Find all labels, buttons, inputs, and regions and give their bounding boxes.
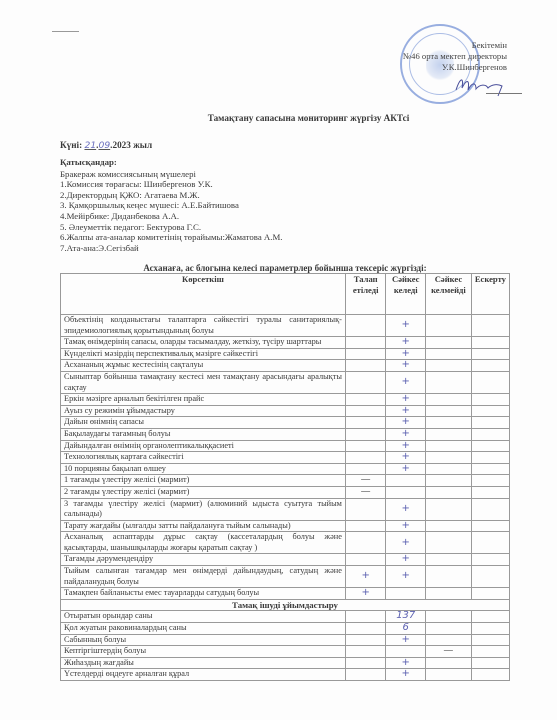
document-title-text: Тамақтану сапасына мониторинг жүргізу АК… (208, 113, 410, 123)
subsection-row: Тамақ ішуді ұйымдастыру (61, 599, 510, 611)
cell-note (471, 520, 509, 532)
table-row: Қол жуатын раковиналардың саны6 (61, 623, 510, 635)
cell-required (345, 623, 385, 635)
table-row: Кептіргіштердің болуы— (61, 646, 510, 658)
cell-not-complies (426, 463, 472, 475)
cell-note (471, 623, 509, 635)
cell-complies: + (386, 566, 426, 588)
cell-required (345, 657, 385, 669)
date-label: Күні: (60, 140, 82, 150)
header-indicator: Көрсеткіш (61, 274, 346, 315)
cell-not-complies (426, 337, 472, 349)
cell-required (345, 611, 385, 623)
cell-required (345, 440, 385, 452)
cell-complies (386, 646, 426, 658)
table-row: Еркін мәзірге арналып бекітілген прайс+ (61, 394, 510, 406)
cell-complies (386, 486, 426, 498)
signature-icon (452, 72, 512, 98)
table-caption: Асханаға, ас блогына келесі параметрлер … (60, 263, 510, 273)
cell-note (471, 532, 509, 554)
cell-indicator: Қол жуатын раковиналардың саны (61, 623, 346, 635)
cell-indicator: Бақылаудағы тағамның болуы (61, 428, 346, 440)
participants-block: Қатысқандар: Бракераж комиссиясының мүше… (60, 157, 283, 253)
cell-not-complies (426, 440, 472, 452)
cell-required: — (345, 475, 385, 487)
date-day: 21 (84, 140, 96, 151)
cell-required (345, 452, 385, 464)
table-row: Сыныптар бойынша тамақтану кестесі мен т… (61, 371, 510, 393)
header-complies: Сәйкес келеді (386, 274, 426, 315)
cell-note (471, 554, 509, 566)
table-row: Бақылаудағы тағамның болуы+ (61, 428, 510, 440)
cell-indicator: Объектінің колданыстағы талаптарға сәйке… (61, 315, 346, 337)
cell-note (471, 417, 509, 429)
cell-indicator: Еркін мәзірге арналып бекітілген прайс (61, 394, 346, 406)
cell-indicator: Ауыз су режимін ұйымдастыру (61, 405, 346, 417)
cell-complies: + (386, 440, 426, 452)
cell-not-complies (426, 394, 472, 406)
participants-list: Бракераж комиссиясының мүшелері1.Комисси… (60, 169, 283, 254)
cell-note (471, 611, 509, 623)
cell-not-complies (426, 475, 472, 487)
cell-note (471, 634, 509, 646)
participant-line: 6.Жалпы ата-аналар комитетінің төрайымы:… (60, 232, 283, 243)
cell-not-complies (426, 405, 472, 417)
cell-indicator: Тамақ өнімдерінің сапасы, оларды тасымал… (61, 337, 346, 349)
cell-required (345, 532, 385, 554)
cell-required (345, 360, 385, 372)
cell-note (471, 657, 509, 669)
cell-complies: + (386, 634, 426, 646)
cell-note (471, 371, 509, 393)
cell-complies: + (386, 463, 426, 475)
cell-not-complies (426, 566, 472, 588)
cell-not-complies (426, 623, 472, 635)
cell-note (471, 405, 509, 417)
cell-required (345, 554, 385, 566)
cell-complies: + (386, 554, 426, 566)
cell-not-complies (426, 452, 472, 464)
table-row: Тамақпен байланысты емес тауарларды сату… (61, 588, 510, 600)
table-row: 1 тағамды үлестіру желісі (мармит)— (61, 475, 510, 487)
cell-complies: + (386, 371, 426, 393)
cell-not-complies (426, 588, 472, 600)
cell-note (471, 463, 509, 475)
cell-note (471, 452, 509, 464)
cell-note (471, 394, 509, 406)
cell-indicator: Дайындалған өнімнің органолептикалыққаси… (61, 440, 346, 452)
cell-indicator: Жиһаздың жағдайы (61, 657, 346, 669)
cell-indicator: Сабынның болуы (61, 634, 346, 646)
participant-line: 1.Комиссия төрағасы: Шинбергенов У.К. (60, 179, 283, 190)
cell-indicator: 2 тағамды үлестіру желісі (мармит) (61, 486, 346, 498)
cell-required (345, 428, 385, 440)
cell-not-complies (426, 657, 472, 669)
cell-note (471, 498, 509, 520)
cell-indicator: Тарату жағдайы (ылғалды затты пайдалануғ… (61, 520, 346, 532)
cell-note (471, 486, 509, 498)
date-line: Күні: 21.09.2023 жыл (60, 140, 152, 151)
table-row: 3 тағамды үлестіру желісі (мармит) (алюм… (61, 498, 510, 520)
cell-required (345, 348, 385, 360)
cell-indicator: Кептіргіштердің болуы (61, 646, 346, 658)
cell-complies: + (386, 520, 426, 532)
cell-not-complies (426, 532, 472, 554)
cell-required (345, 337, 385, 349)
table-row: Объектінің колданыстағы талаптарға сәйке… (61, 315, 510, 337)
cell-note (471, 669, 509, 681)
cell-complies: + (386, 348, 426, 360)
table-row: Сабынның болуы+ (61, 634, 510, 646)
cell-required (345, 669, 385, 681)
cell-complies: + (386, 498, 426, 520)
cell-not-complies (426, 486, 472, 498)
cell-indicator: Асханалық аспаптарды дұрыс сақтау (кассе… (61, 532, 346, 554)
table-row: Отыратын орындар саны137 (61, 611, 510, 623)
cell-indicator: Тамақпен байланысты емес тауарларды сату… (61, 588, 346, 600)
inspection-table: Көрсеткіш Талап етіледі Сәйкес келеді Сә… (60, 273, 510, 681)
signature-line (486, 93, 522, 94)
cell-not-complies (426, 669, 472, 681)
cell-note (471, 315, 509, 337)
cell-not-complies (426, 360, 472, 372)
cell-complies: + (386, 360, 426, 372)
approval-line: №46 орта мектеп директоры (403, 51, 507, 62)
cell-not-complies: — (426, 646, 472, 658)
participants-heading: Қатысқандар: (60, 157, 283, 168)
cell-note (471, 566, 509, 588)
cell-not-complies (426, 417, 472, 429)
approval-block: Бекітемін №46 орта мектеп директоры У.К.… (403, 40, 507, 73)
header-note: Ескерту (471, 274, 509, 315)
cell-required (345, 520, 385, 532)
cell-required (345, 405, 385, 417)
cell-note (471, 440, 509, 452)
cell-indicator: Тыйым салынған тағамдар мен өнімдерді да… (61, 566, 346, 588)
cell-not-complies (426, 371, 472, 393)
cell-indicator: Технологиялық картаға сәйкестігі (61, 452, 346, 464)
cell-required (345, 498, 385, 520)
cell-indicator: 1 тағамды үлестіру желісі (мармит) (61, 475, 346, 487)
cell-note (471, 360, 509, 372)
cell-note (471, 646, 509, 658)
header-not-complies: Сәйкес келмейді (426, 274, 472, 315)
participant-line: 3. Қамқоршылық кеңес мүшесі: А.Е.Байтишо… (60, 200, 283, 211)
cell-complies (386, 475, 426, 487)
table-row: 2 тағамды үлестіру желісі (мармит)— (61, 486, 510, 498)
cell-indicator: Күнделікті мәзірдің перспективалық мәзір… (61, 348, 346, 360)
cell-indicator: 3 тағамды үлестіру желісі (мармит) (алюм… (61, 498, 346, 520)
table-row: Тағамды дәрумендендіру+ (61, 554, 510, 566)
cell-indicator: Отыратын орындар саны (61, 611, 346, 623)
cell-complies: + (386, 657, 426, 669)
subsection-title: Тамақ ішуді ұйымдастыру (61, 599, 510, 611)
cell-complies: + (386, 394, 426, 406)
table-row: Тамақ өнімдерінің сапасы, оларды тасымал… (61, 337, 510, 349)
table-row: 10 порцияны бақылап өлшеу+ (61, 463, 510, 475)
cell-required: + (345, 566, 385, 588)
approval-line: Бекітемін (403, 40, 507, 51)
cell-indicator: 10 порцияны бақылап өлшеу (61, 463, 346, 475)
cell-indicator: Тағамды дәрумендендіру (61, 554, 346, 566)
cell-note (471, 348, 509, 360)
cell-indicator: Асхананың жұмыс кестесінің сақталуы (61, 360, 346, 372)
cell-required (345, 463, 385, 475)
table-row: Асханалық аспаптарды дұрыс сақтау (кассе… (61, 532, 510, 554)
cell-required: + (345, 588, 385, 600)
cell-required: — (345, 486, 385, 498)
cell-note (471, 475, 509, 487)
cell-not-complies (426, 348, 472, 360)
cell-complies: + (386, 417, 426, 429)
cell-required (345, 417, 385, 429)
participant-line: Бракераж комиссиясының мүшелері (60, 169, 283, 180)
date-year: .2023 жыл (110, 140, 152, 150)
table-row: Тарату жағдайы (ылғалды затты пайдалануғ… (61, 520, 510, 532)
table-row: Жиһаздың жағдайы+ (61, 657, 510, 669)
participant-line: 2.Директордың ҚЖО: Агатаева М.Ж. (60, 190, 283, 201)
cell-complies: + (386, 532, 426, 554)
participant-line: 5. Әлеуметтік педагог: Бектурова Г.С. (60, 222, 283, 233)
participant-line: 4.Мейірбике: Диданбекова А.А. (60, 211, 283, 222)
cell-complies: + (386, 337, 426, 349)
cell-not-complies (426, 428, 472, 440)
cell-note (471, 337, 509, 349)
cell-indicator: Дайын өнімнің сапасы (61, 417, 346, 429)
cell-required (345, 315, 385, 337)
date-month: 09 (98, 140, 110, 151)
table-header-row: Көрсеткіш Талап етіледі Сәйкес келеді Сә… (61, 274, 510, 315)
cell-complies: + (386, 315, 426, 337)
cell-note (471, 588, 509, 600)
cell-note (471, 428, 509, 440)
cell-complies: + (386, 428, 426, 440)
cell-complies: 137 (386, 611, 426, 623)
table-row: Асхананың жұмыс кестесінің сақталуы+ (61, 360, 510, 372)
document-title: Тамақтану сапасына мониторинг жүргізу АК… (0, 113, 557, 123)
cell-complies: 6 (386, 623, 426, 635)
cell-indicator: Сыныптар бойынша тамақтану кестесі мен т… (61, 371, 346, 393)
cell-not-complies (426, 611, 472, 623)
cell-required (345, 394, 385, 406)
table-row: Үстелдерді өңдеуге арналған құрал+ (61, 669, 510, 681)
cell-complies: + (386, 669, 426, 681)
table-row: Дайын өнімнің сапасы+ (61, 417, 510, 429)
table-row: Технологиялық картаға сәйкестігі+ (61, 452, 510, 464)
table-row: Тыйым салынған тағамдар мен өнімдерді да… (61, 566, 510, 588)
table-row: Дайындалған өнімнің органолептикалыққаси… (61, 440, 510, 452)
cell-not-complies (426, 554, 472, 566)
cell-required (345, 634, 385, 646)
cell-required (345, 646, 385, 658)
participant-line: 7.Ата-ана:Э.Сегізбай (60, 243, 283, 254)
table-row: Күнделікті мәзірдің перспективалық мәзір… (61, 348, 510, 360)
header-required: Талап етіледі (345, 274, 385, 315)
cell-not-complies (426, 520, 472, 532)
cell-required (345, 371, 385, 393)
table-row: Ауыз су режимін ұйымдастыру+ (61, 405, 510, 417)
cell-not-complies (426, 498, 472, 520)
cell-complies (386, 588, 426, 600)
cell-complies: + (386, 452, 426, 464)
corner-mark (52, 31, 79, 32)
cell-not-complies (426, 634, 472, 646)
cell-complies: + (386, 405, 426, 417)
cell-not-complies (426, 315, 472, 337)
cell-indicator: Үстелдерді өңдеуге арналған құрал (61, 669, 346, 681)
